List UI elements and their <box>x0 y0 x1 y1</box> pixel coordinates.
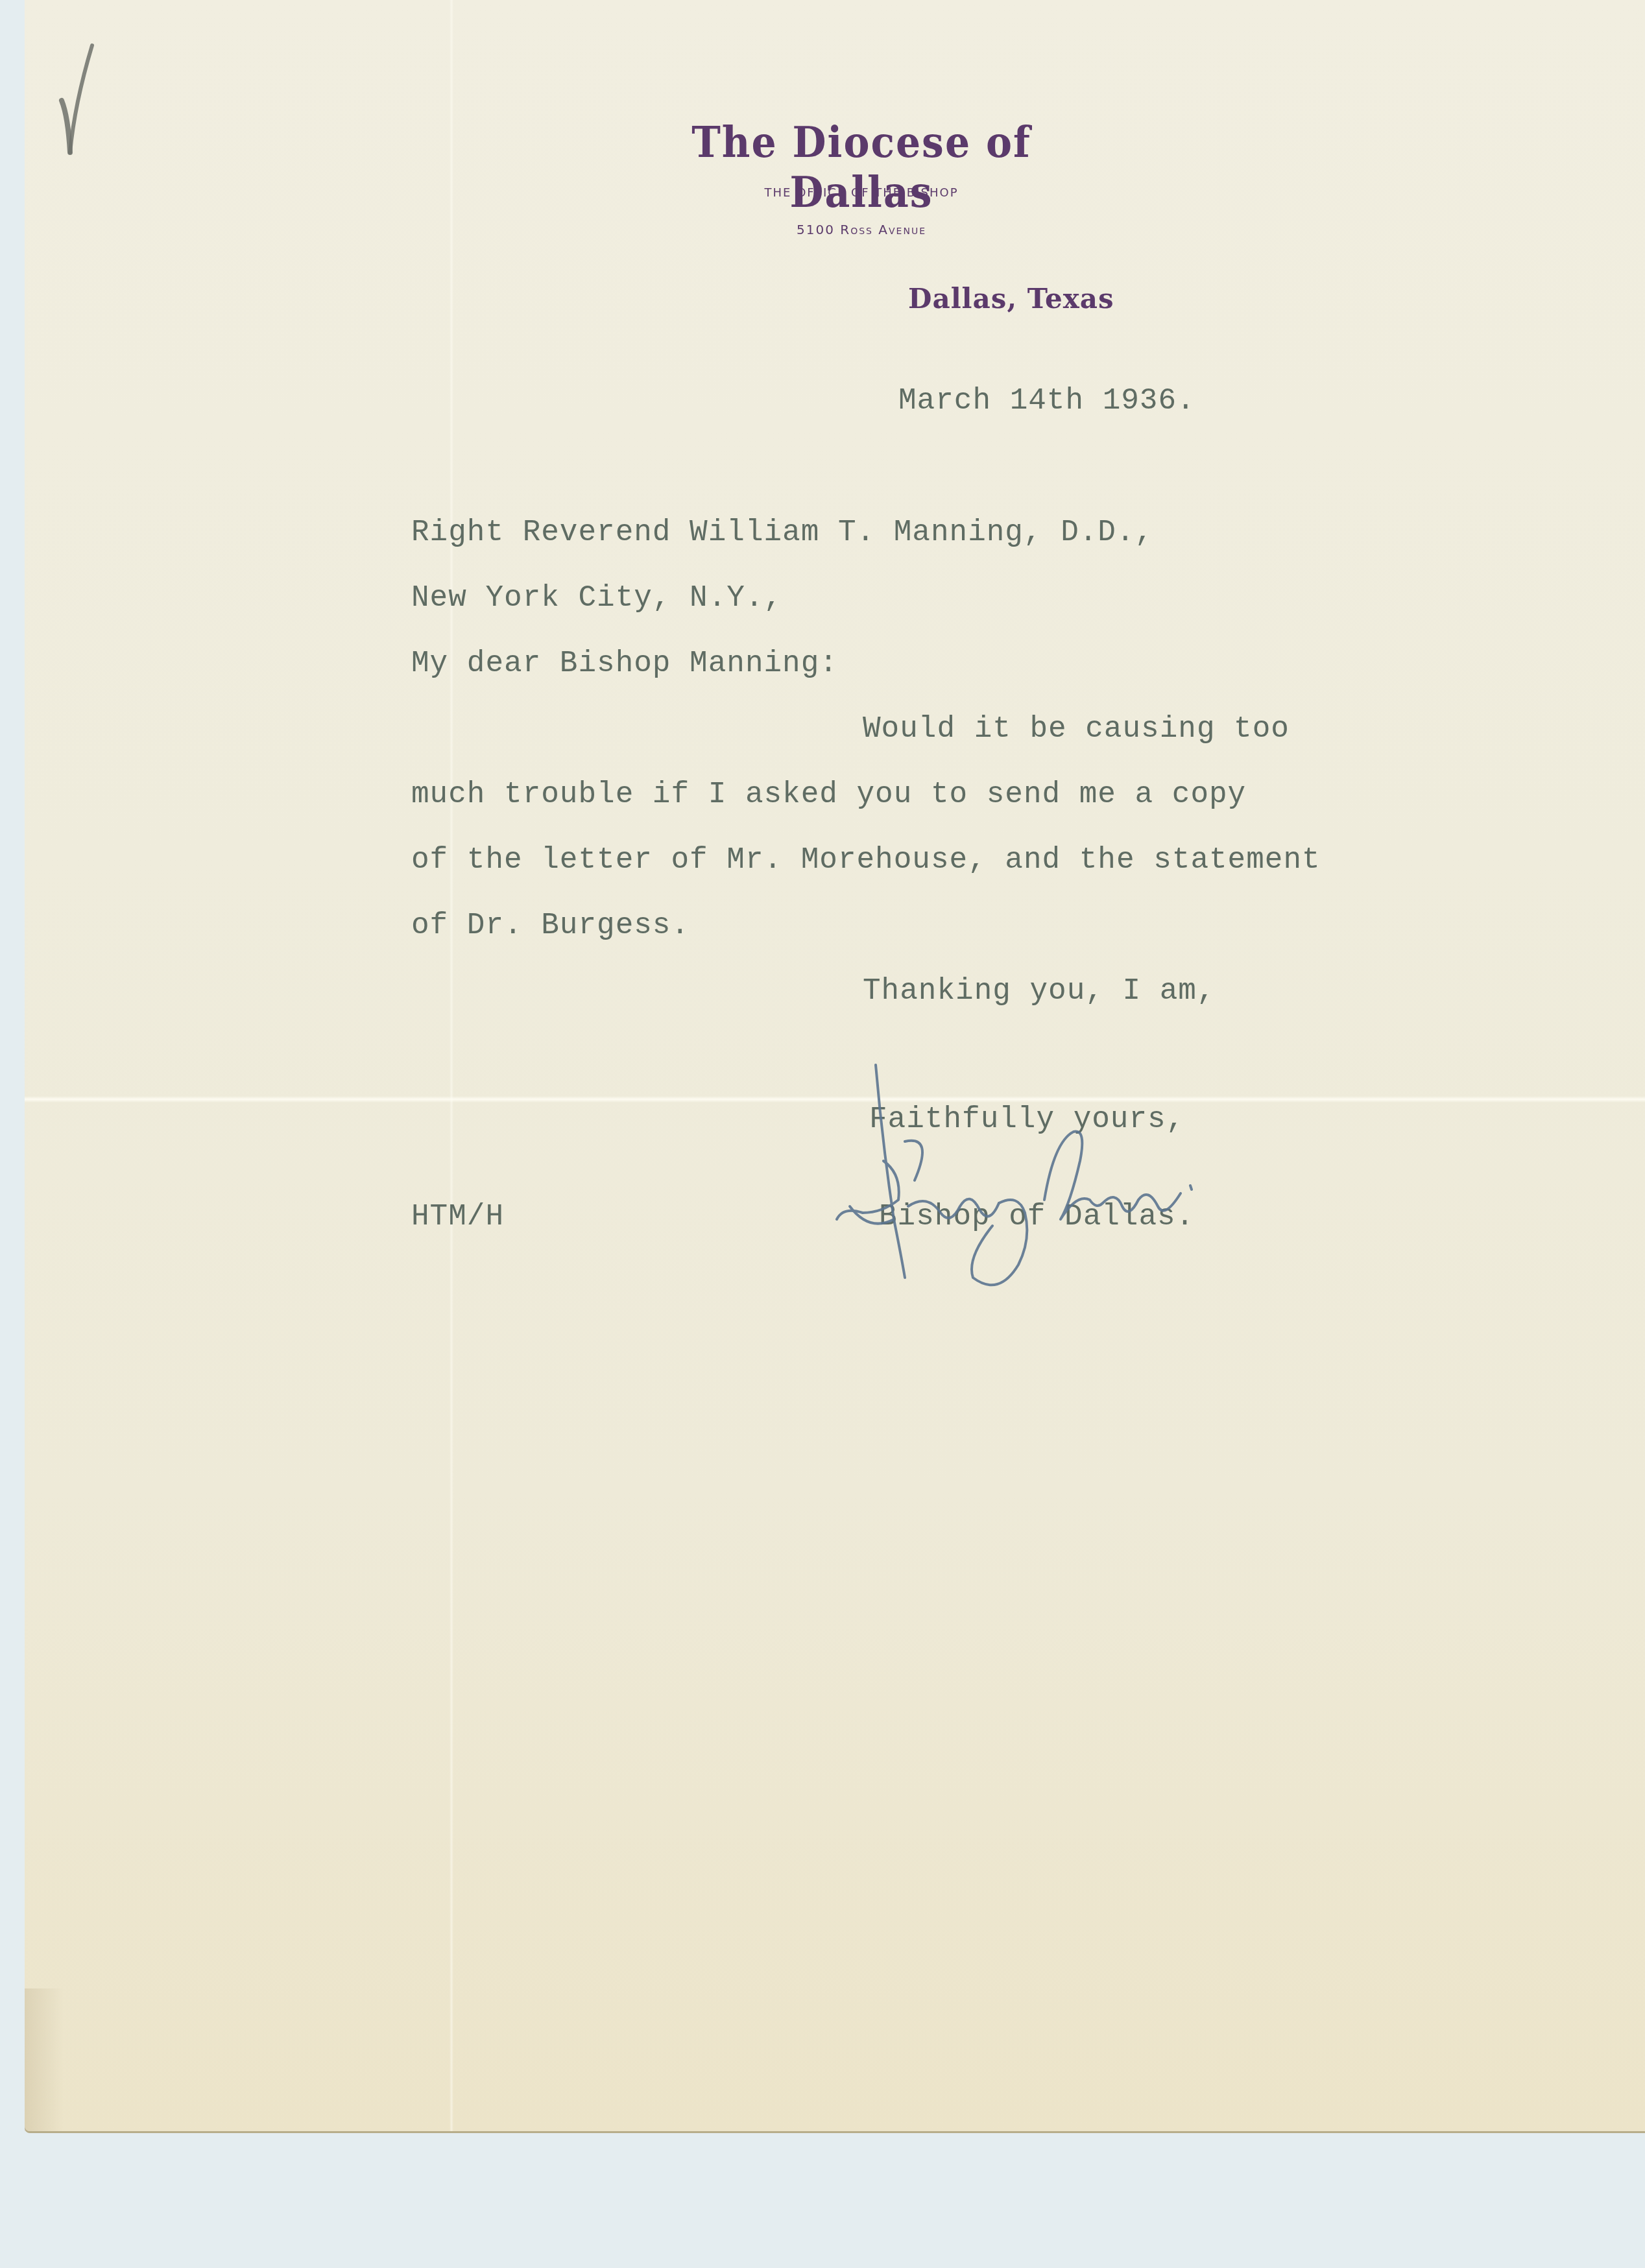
body-line: of the letter of Mr. Morehouse, and the … <box>411 843 1321 877</box>
pencil-checkmark-icon <box>58 39 104 162</box>
paper-corner-shade <box>25 1988 64 2131</box>
handwritten-signature <box>830 1064 1297 1310</box>
body-line: Would it be causing too <box>863 712 1290 746</box>
salutation: My dear Bishop Manning: <box>411 647 838 680</box>
reference-initials: HTM/H <box>411 1200 504 1234</box>
vertical-crease <box>450 0 453 2131</box>
letter-date: March 14th 1936. <box>898 384 1195 418</box>
recipient-name: Right Reverend William T. Manning, D.D., <box>411 516 1153 549</box>
recipient-city: New York City, N.Y., <box>411 581 782 615</box>
letterhead-office: THE OFFICE OF THE BISHOP <box>634 186 1088 200</box>
body-line: of Dr. Burgess. <box>411 909 690 942</box>
letterhead-city: Dallas, Texas <box>908 283 1114 315</box>
body-line: much trouble if I asked you to send me a… <box>411 778 1246 811</box>
letterhead-title: The Diocese of Dallas <box>634 117 1088 217</box>
closing-line: Thanking you, I am, <box>863 974 1216 1008</box>
letterhead-address: 5100 Ross Avenue <box>634 222 1088 237</box>
